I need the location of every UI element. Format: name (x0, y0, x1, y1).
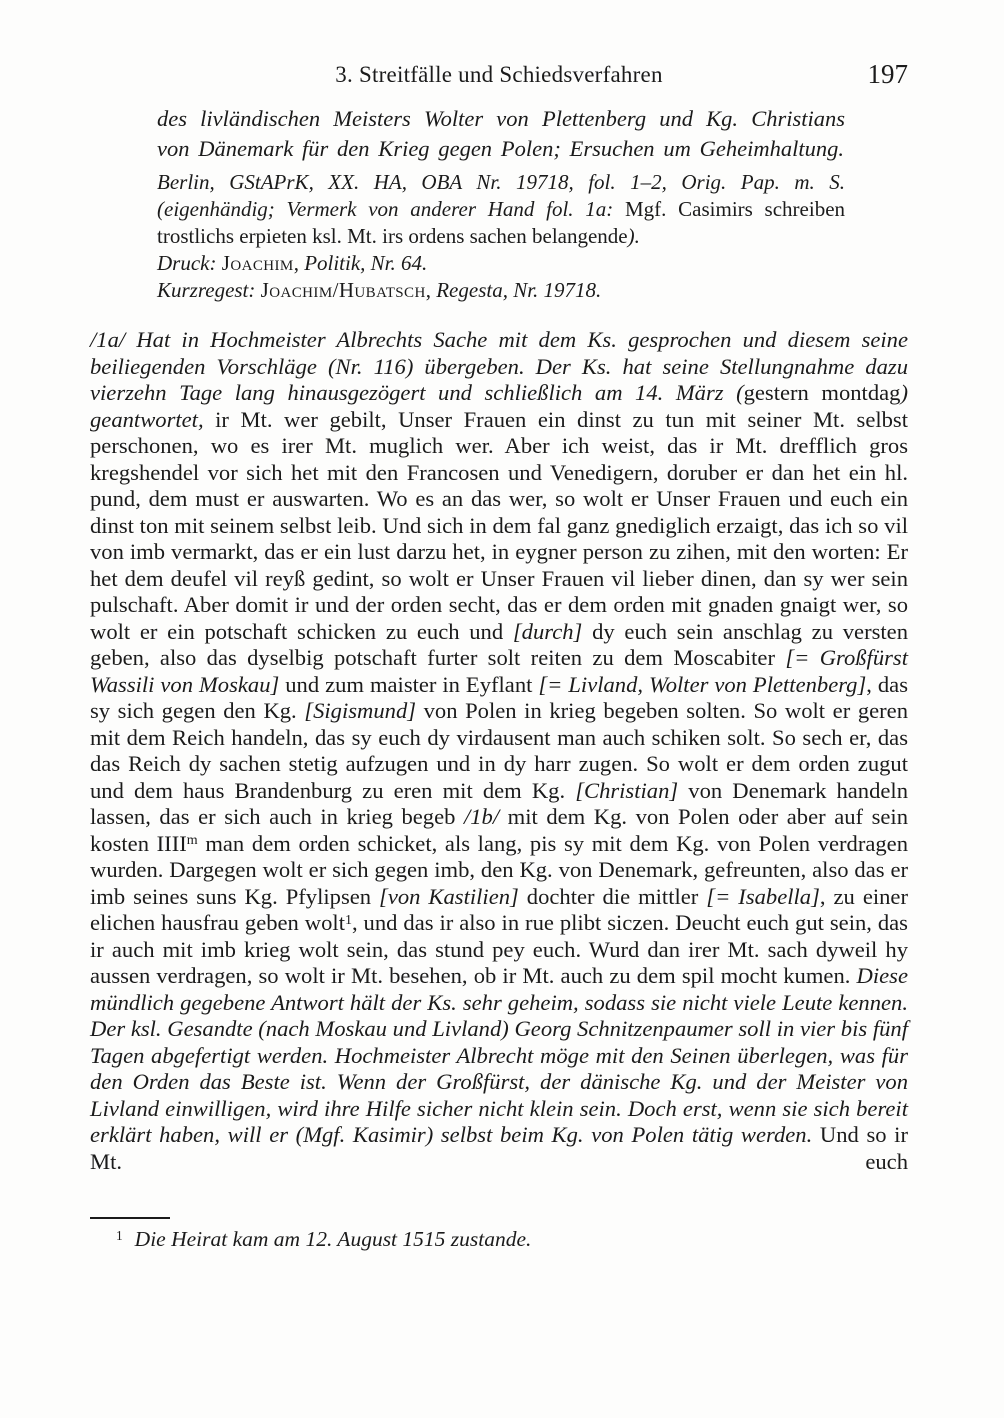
citation-block: Berlin, GStAPrK, XX. HA, OBA Nr. 19718, … (157, 169, 845, 304)
archive-reference: Berlin, GStAPrK, XX. HA, OBA Nr. 19718, … (157, 169, 845, 250)
running-header: 3. Streitfälle und Schiedsverfahren 197 (90, 62, 908, 92)
regest-heading: des livländischen Meisters Wolter von Pl… (157, 104, 845, 164)
book-page: 3. Streitfälle und Schiedsverfahren 197 … (0, 0, 1004, 1418)
shortregest-reference: Kurzregest: Joachim/Hubatsch, Regesta, N… (157, 277, 845, 304)
footnote-area: 1Die Heirat kam am 12. August 1515 zusta… (90, 1217, 908, 1253)
footnote-rule (90, 1217, 170, 1219)
footnote-1: 1Die Heirat kam am 12. August 1515 zusta… (90, 1226, 908, 1253)
regest-body-text: /1a/ Hat in Hochmeister Albrechts Sache … (90, 327, 908, 1175)
print-reference: Druck: Joachim, Politik, Nr. 64. (157, 250, 845, 277)
section-title: 3. Streitfälle und Schiedsverfahren (90, 62, 908, 88)
page-number: 197 (868, 59, 909, 90)
